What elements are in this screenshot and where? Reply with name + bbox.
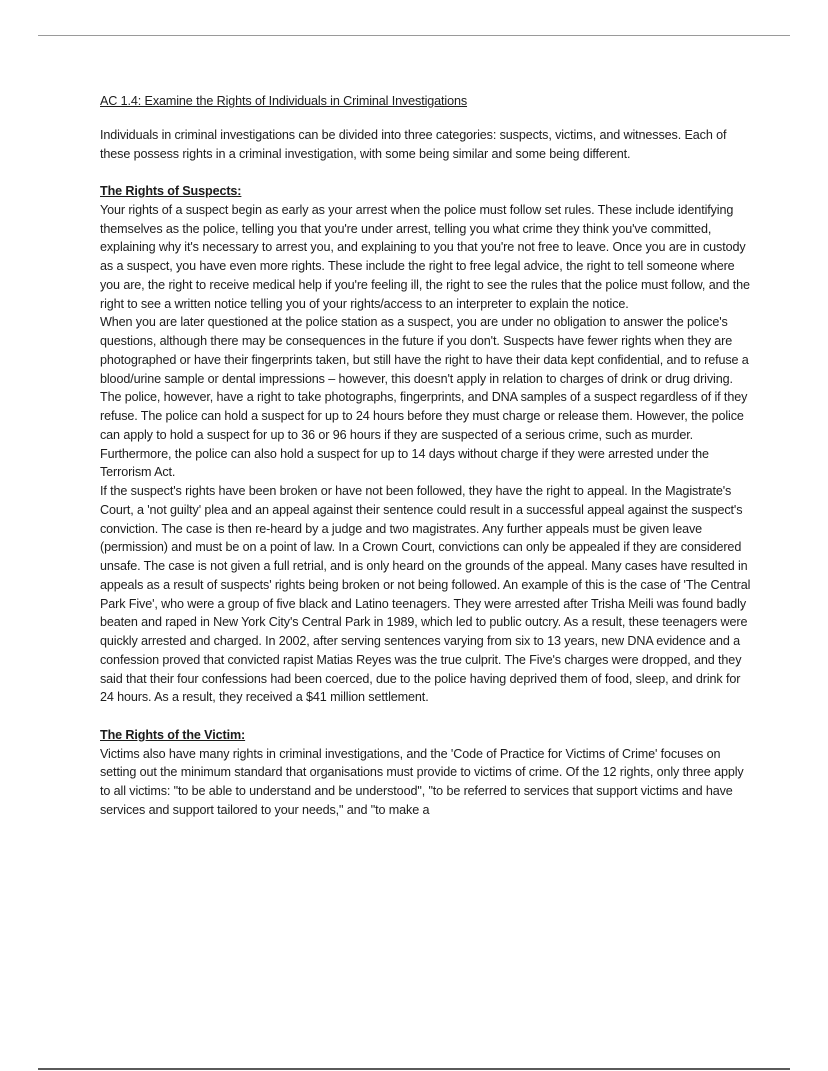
spacer bbox=[100, 707, 752, 726]
section-victim-rights: The Rights of the Victim: Victims also h… bbox=[100, 726, 752, 820]
document-page: AC 1.4: Examine the Rights of Individual… bbox=[100, 92, 752, 820]
page-header-rule bbox=[38, 35, 790, 36]
body-paragraph: When you are later questioned at the pol… bbox=[100, 313, 752, 482]
page-footer-rule bbox=[38, 1068, 790, 1070]
body-paragraph: Your rights of a suspect begin as early … bbox=[100, 201, 752, 314]
section-heading: The Rights of the Victim: bbox=[100, 726, 752, 745]
document-title: AC 1.4: Examine the Rights of Individual… bbox=[100, 92, 752, 111]
intro-paragraph: Individuals in criminal investigations c… bbox=[100, 126, 752, 164]
body-paragraph: Victims also have many rights in crimina… bbox=[100, 745, 752, 820]
body-paragraph: If the suspect's rights have been broken… bbox=[100, 482, 752, 707]
spacer bbox=[100, 163, 752, 182]
section-suspects-rights: The Rights of Suspects: Your rights of a… bbox=[100, 182, 752, 707]
section-heading: The Rights of Suspects: bbox=[100, 182, 752, 201]
